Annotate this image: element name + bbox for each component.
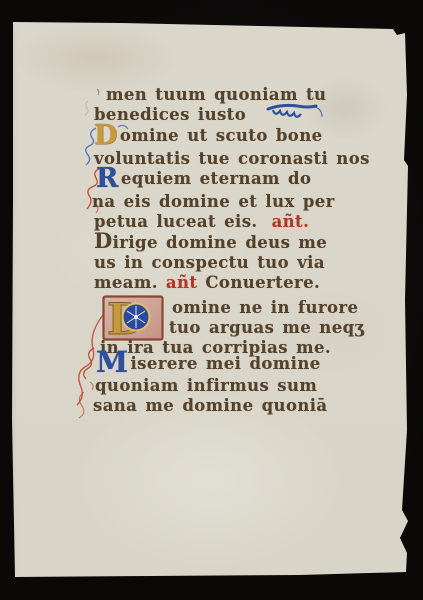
line-text: men tuum quoniam tu bbox=[106, 85, 326, 104]
line-text: voluntatis tue coronasti nos bbox=[94, 149, 370, 168]
line-text: tuo arguas me neqʒ bbox=[169, 318, 364, 337]
text-line: Miserere mei domine bbox=[96, 352, 321, 374]
line-text: omine ne in furore bbox=[172, 298, 358, 317]
text-line: tuo arguas me neqʒ bbox=[169, 318, 364, 338]
text-line: Dirige domine deus me bbox=[94, 231, 327, 253]
photo-background: men tuum quoniam tu benedices iusto Domi… bbox=[0, 0, 423, 600]
text-line: us in conspectu tuo via bbox=[94, 253, 325, 273]
text-line: voluntatis tue coronasti nos bbox=[94, 149, 370, 169]
antiphon-rubric: añt bbox=[166, 273, 198, 292]
line-text: iserere mei domine bbox=[131, 354, 321, 373]
illuminated-initial-gold-d: D bbox=[94, 126, 118, 146]
line-text: omine ut scuto bone bbox=[120, 126, 323, 145]
line-text: equiem eternam do bbox=[121, 169, 312, 188]
line-text: quoniam infirmus sum bbox=[95, 376, 317, 395]
text-line: sana me domine quoniā bbox=[93, 396, 328, 416]
line-text: sana me domine quoniā bbox=[93, 396, 328, 415]
text-line: Domine ut scuto bone bbox=[94, 126, 323, 146]
blue-line-filler-icon bbox=[266, 103, 324, 125]
versal-capital: D bbox=[94, 228, 113, 253]
line-text: us in conspectu tuo via bbox=[94, 253, 325, 272]
illuminated-panel-initial-d: D bbox=[102, 295, 164, 341]
text-line: na eis domine et lux per bbox=[92, 192, 335, 212]
text-line: petua luceat eis.añt. bbox=[94, 212, 309, 232]
line-text: petua luceat eis. bbox=[94, 212, 258, 231]
manuscript-leaf: men tuum quoniam tu benedices iusto Domi… bbox=[0, 0, 423, 600]
text-line: Requiem eternam do bbox=[96, 169, 311, 189]
text-line: quoniam infirmus sum bbox=[95, 376, 317, 396]
line-text: meam. bbox=[94, 273, 158, 292]
illuminated-initial-blue-m: M bbox=[96, 352, 129, 372]
antiphon-rubric: añt. bbox=[272, 212, 310, 231]
line-text: irige domine deus me bbox=[113, 233, 328, 252]
text-line: omine ne in furore bbox=[172, 298, 358, 318]
text-line: meam.añtConuertere. bbox=[94, 273, 320, 293]
line-text: Conuertere. bbox=[205, 273, 320, 292]
line-text: na eis domine et lux per bbox=[92, 192, 335, 211]
text-line: men tuum quoniam tu bbox=[106, 85, 326, 105]
illuminated-initial-blue-r: R bbox=[96, 169, 119, 189]
